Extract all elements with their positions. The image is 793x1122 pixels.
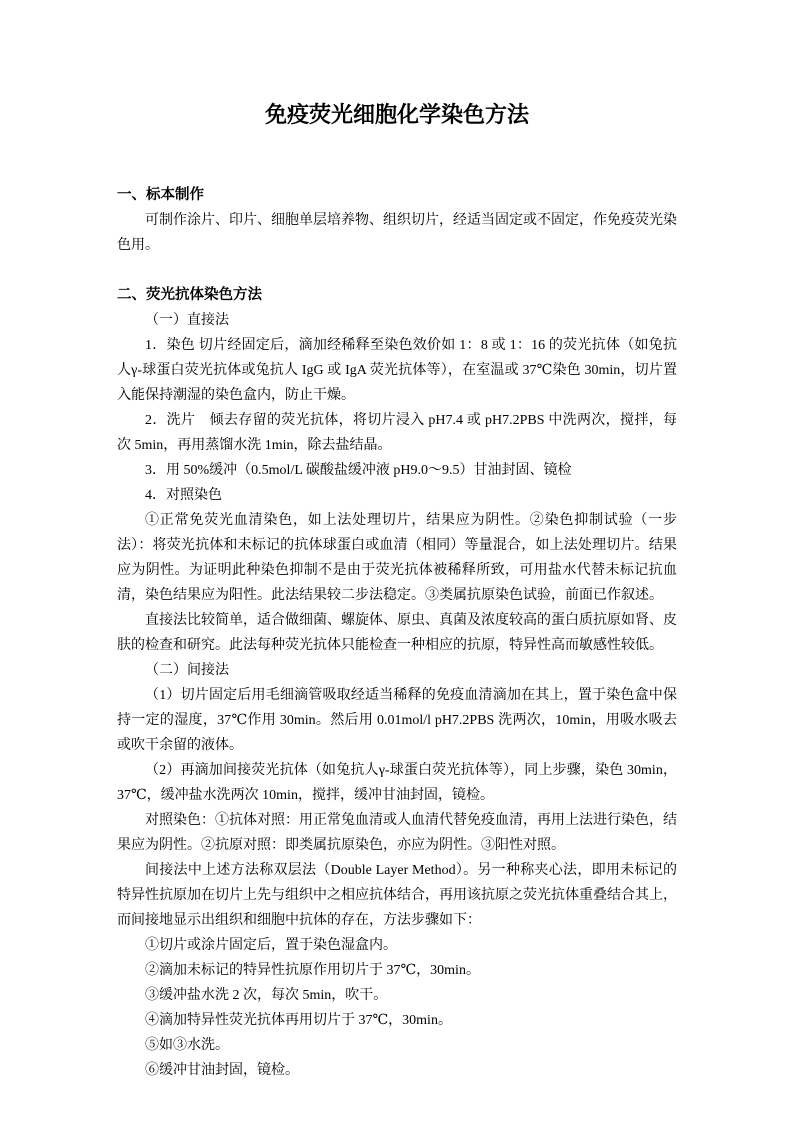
document-page: 免疫荧光细胞化学染色方法 一、标本制作 可制作涂片、印片、细胞单层培养物、组织切…	[0, 0, 793, 1122]
paragraph-double-layer-method: 间接法中上述方法称双层法（Double Layer Method）。另一种称夹心…	[117, 858, 677, 933]
paragraph-indirect-controls: 对照染色：①抗体对照：用正常兔血清或人血清代替免疫血清，再用上法进行染色，结果应…	[117, 808, 677, 858]
paragraph-sandwich-step4: ④滴加特异性荧光抗体再用切片于 37℃，30min。	[117, 1008, 677, 1033]
paragraph-direct-step1-staining: 1．染色 切片经固定后，滴加经稀释至染色效价如 1：8 或 1：16 的荧光抗体…	[117, 333, 677, 408]
paragraph-specimen-preparation: 可制作涂片、印片、细胞单层培养物、组织切片，经适当固定或不固定，作免疫荧光染色用…	[117, 208, 677, 258]
paragraph-direct-step3-mounting: 3．用 50%缓冲（0.5mol/L 碳酸盐缓冲液 pH9.0～9.5）甘油封固…	[117, 458, 677, 483]
paragraph-sandwich-step5: ⑤如③水洗。	[117, 1033, 677, 1058]
paragraph-direct-step4-control: 4．对照染色	[117, 483, 677, 508]
paragraph-sandwich-step2: ②滴加未标记的特异性抗原作用切片于 37℃，30min。	[117, 958, 677, 983]
paragraph-indirect-step1: （1）切片固定后用毛细滴管吸取经适当稀释的免疫血清滴加在其上，置于染色盒中保持一…	[117, 683, 677, 758]
section-heading-specimen-preparation: 一、标本制作	[117, 183, 677, 208]
paragraph-direct-controls-detail: ①正常免荧光血清染色，如上法处理切片，结果应为阴性。②染色抑制试验（一步法）：将…	[117, 508, 677, 608]
paragraph-sandwich-step3: ③缓冲盐水洗 2 次，每次 5min，吹干。	[117, 983, 677, 1008]
paragraph-sandwich-step6: ⑥缓冲甘油封固，镜检。	[117, 1058, 677, 1083]
document-title: 免疫荧光细胞化学染色方法	[117, 100, 677, 130]
subheading-indirect-method: （二）间接法	[117, 658, 677, 683]
paragraph-indirect-step2: （2）再滴加间接荧光抗体（如兔抗人γ-球蛋白荧光抗体等），同上步骤，染色 30m…	[117, 758, 677, 808]
paragraph-sandwich-step1: ①切片或涂片固定后，置于染色湿盒内。	[117, 933, 677, 958]
subheading-direct-method: （一）直接法	[117, 308, 677, 333]
paragraph-direct-method-summary: 直接法比较简单，适合做细菌、螺旋体、原虫、真菌及浓度较高的蛋白质抗原如肾、皮肤的…	[117, 608, 677, 658]
paragraph-direct-step2-washing: 2．洗片 倾去存留的荧光抗体，将切片浸入 pH7.4 或 pH7.2PBS 中洗…	[117, 408, 677, 458]
section-heading-staining-method: 二、荧光抗体染色方法	[117, 283, 677, 308]
